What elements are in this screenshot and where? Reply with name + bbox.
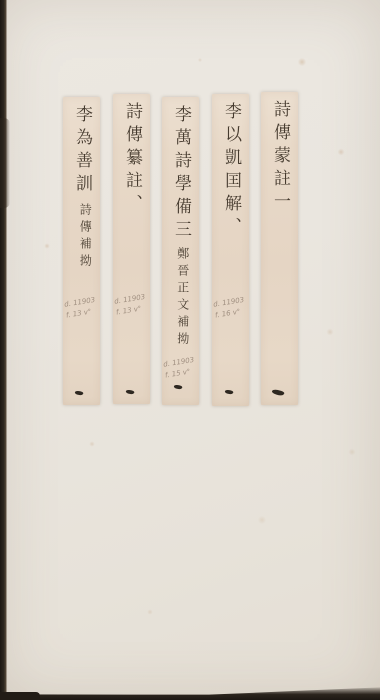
calligraphy-main-text: 李為善訓 xyxy=(73,105,90,197)
book-bottom-edge xyxy=(0,686,380,700)
pencil-shelfmark: d. 11903 f. 13 v° xyxy=(114,291,151,317)
calligraphy-main-text: 詩傳蒙註一 xyxy=(271,100,288,215)
calligraphy-secondary-text: 鄭晉正文補拗 xyxy=(177,247,189,349)
ink-foot-mark xyxy=(224,389,234,395)
ink-foot-mark xyxy=(74,390,84,396)
calligraphy-main-text: 李萬詩學備三 xyxy=(172,105,189,243)
calligraphy-main-text: 李以凱囯解、 xyxy=(222,102,239,240)
album-page-photo: 李為善訓 詩傳補拗 d. 11903 f. 13 v° 詩傳纂註、 d. 119… xyxy=(0,0,380,700)
pencil-shelfmark: d. 11903 f. 16 v° xyxy=(213,294,250,320)
pencil-shelfmark: d. 11903 f. 15 v° xyxy=(163,354,200,380)
ink-foot-mark xyxy=(173,384,183,390)
calligraphy-secondary-text: 詩傳補拗 xyxy=(79,203,91,271)
calligraphy-main-text: 詩傳纂註、 xyxy=(123,102,140,217)
book-left-edge xyxy=(0,0,7,700)
title-slip-3: 李萬詩學備三 鄭晉正文補拗 d. 11903 f. 15 v° xyxy=(162,97,199,405)
title-slip-4: 李以凱囯解、 d. 11903 f. 16 v° xyxy=(212,94,249,406)
pencil-shelfmark: d. 11903 f. 13 v° xyxy=(64,294,101,320)
title-slip-2: 詩傳纂註、 d. 11903 f. 13 v° xyxy=(113,94,150,404)
book-left-edge-shadow xyxy=(0,118,10,208)
ink-foot-mark xyxy=(271,389,286,397)
ink-foot-mark xyxy=(125,389,135,395)
book-bottom-left-corner xyxy=(0,692,40,700)
title-slip-1: 李為善訓 詩傳補拗 d. 11903 f. 13 v° xyxy=(63,97,100,405)
title-slip-5: 詩傳蒙註一 xyxy=(261,92,298,405)
